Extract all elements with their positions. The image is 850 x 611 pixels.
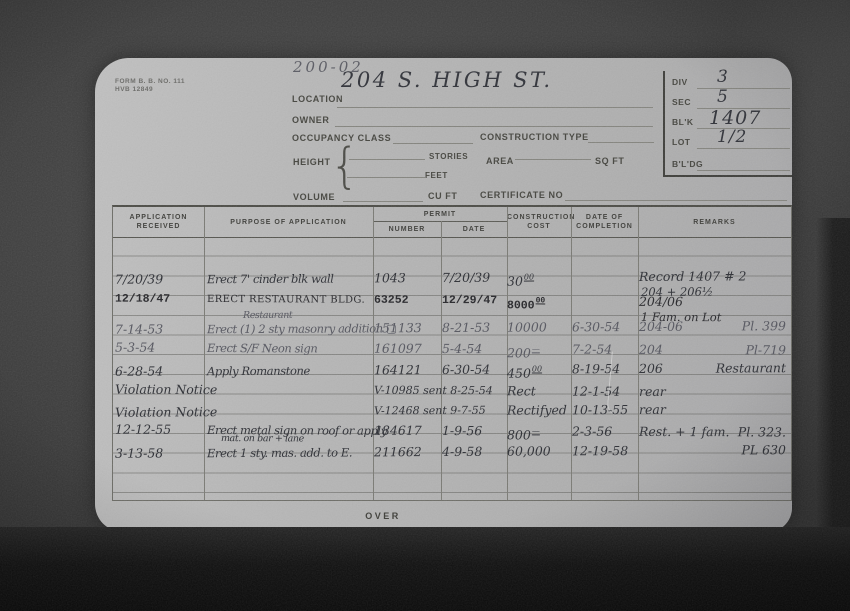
cell-date: 7/20/39 [442, 268, 504, 288]
cell-purpose: Erect metal sign on roof or applymat. on… [207, 420, 372, 441]
table-row: 12/18/47ERECT RESTAURANT BLDG.6325212/29… [95, 289, 790, 312]
cell-cost: 3000 [507, 267, 569, 287]
cell-date: 5-4-54 [442, 339, 504, 359]
cell-date: 4-9-58 [442, 442, 504, 462]
over-label: OVER [323, 511, 443, 521]
cell-number: 151133 [374, 318, 440, 338]
cell-received: 7/20/39 [115, 269, 203, 289]
cell-completion: 7-2-54 [572, 340, 636, 360]
cell-number: 184617 [374, 421, 440, 441]
cell-date: 8-21-53 [442, 318, 504, 338]
cell-cost: 200— [507, 339, 569, 359]
cell-cost: 800000 [507, 291, 569, 311]
cell-number: 211662 [374, 442, 440, 462]
cell-received: 12/18/47 [115, 290, 203, 310]
cell-completion: 12-1-54 [572, 382, 636, 402]
cell-purpose: Apply Romanstone [207, 360, 372, 381]
table-row: 7/20/39Erect 7' cinder blk wall10437/20/… [95, 266, 790, 290]
cell-remarks: Record 1407 # 2204 + 206½ [639, 266, 788, 287]
cell-received: 3-13-58 [115, 443, 203, 463]
cell-purpose: Erect (1) 2 sty masonry addition ▢Restau… [207, 318, 372, 339]
cell-number: 1043 [374, 268, 440, 288]
photo-light-corner [730, 0, 850, 240]
cell-purpose: Erect 7' cinder blk wall [207, 268, 372, 289]
cell-completion: 10-13-55 [572, 400, 636, 420]
table-row: 12-12-55Erect metal sign on roof or appl… [95, 419, 790, 442]
cell-cost: 60,000 [507, 441, 569, 461]
building-permit-card: FORM B. B. NO. 111 HVB 12849 200-02 LOCA… [95, 58, 792, 532]
photo-dark-edge-bottom [0, 527, 850, 611]
cell-purpose: Erect 1 sty. mas. add. to E. [207, 442, 372, 463]
cell-completion: 6-30-54 [572, 317, 636, 337]
cell-remarks: 204-06Pl. 399 [639, 316, 788, 337]
cell-remarks: PL 630 [639, 440, 788, 461]
cell-number: 161097 [374, 339, 440, 359]
cell-cost: Rectifyed [507, 400, 569, 420]
cell-number: 164121 [374, 360, 440, 380]
handwritten-entries: 7/20/39Erect 7' cinder blk wall10437/20/… [95, 58, 792, 532]
table-row: 7-14-53Erect (1) 2 sty masonry addition … [95, 316, 790, 340]
cell-completion: 2-3-56 [572, 422, 636, 442]
cell-remarks: 206Restaurant [639, 358, 788, 379]
cell-received: Violation Notice [115, 380, 315, 401]
cell-cost: 45000 [507, 359, 569, 379]
cell-remarks: 204/061 Fam. on Lot [639, 292, 788, 313]
cell-number: 63252 [374, 291, 440, 311]
table-row: 5-3-54Erect S/F Neon sign1610975-4-54200… [95, 337, 790, 360]
cell-received: 12-12-55 [115, 420, 203, 440]
cell-purpose: ERECT RESTAURANT BLDG. [207, 290, 372, 311]
cell-cost: 800— [507, 421, 569, 441]
cell-completion: 8-19-54 [572, 359, 636, 379]
scanned-photo-scene: FORM B. B. NO. 111 HVB 12849 200-02 LOCA… [0, 0, 850, 611]
cell-received: 5-3-54 [115, 338, 203, 358]
cell-purpose: Erect S/F Neon sign [207, 338, 372, 359]
cell-date: 1-9-56 [442, 421, 504, 441]
cell-date: 12/29/47 [442, 291, 504, 311]
cell-completion: 12-19-58 [572, 441, 636, 461]
cell-remarks: rear [639, 399, 788, 420]
table-row: 3-13-58Erect 1 sty. mas. add. to E.21166… [95, 440, 790, 464]
table-row: 6-28-54Apply Romanstone1641216-30-544500… [95, 358, 790, 382]
cell-date: 6-30-54 [442, 360, 504, 380]
cell-cost: Rect [507, 381, 569, 401]
cell-cost: 10000 [507, 317, 569, 337]
